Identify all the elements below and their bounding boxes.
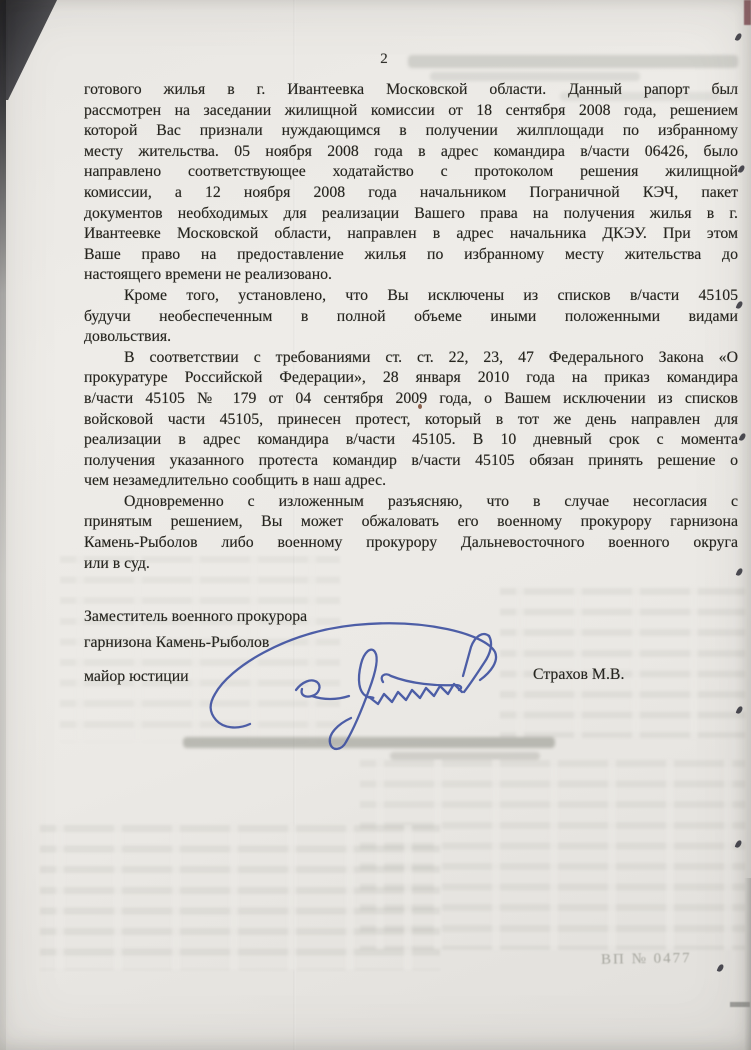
ink-speck bbox=[739, 432, 747, 441]
signer-name: Страхов М.В. bbox=[533, 666, 624, 684]
text-line: готового жилья в г. Ивантеевка Московско… bbox=[84, 80, 738, 101]
text-line: комиссии, а 12 ноября 2008 года начальни… bbox=[84, 183, 738, 204]
text-line: реализации в адрес командира в/части 451… bbox=[84, 430, 738, 451]
ink-speck bbox=[738, 164, 746, 173]
page-right-edge-shadow bbox=[744, 878, 751, 1050]
document-text: готового жилья в г. Ивантеевка Московско… bbox=[84, 80, 738, 574]
scanned-document-page: ВП № 0477 2 готового жилья в г. Ивантеев… bbox=[0, 0, 751, 1050]
ink-speck bbox=[735, 839, 743, 848]
text-line: принятым решением, Вы может обжаловать е… bbox=[84, 512, 738, 533]
text-line: Ивантеевке Московской области, направлен… bbox=[84, 224, 738, 245]
bleed-through-zone bbox=[40, 825, 440, 970]
text-line: направлено соответствующее ходатайство с… bbox=[84, 162, 738, 183]
signer-rank: майор юстиции bbox=[84, 668, 189, 686]
text-line: чем незамедлительно сообщить в наш адрес… bbox=[84, 471, 738, 492]
text-line: Камень-Рыболов либо военному прокурору Д… bbox=[84, 533, 738, 554]
text-line: Ваше право на предоставление жилья по из… bbox=[84, 245, 738, 266]
ink-speck bbox=[735, 32, 743, 41]
text-line: Одновременно с изложенным разъясняю, что… bbox=[84, 492, 738, 513]
text-line: довольствия. bbox=[84, 327, 738, 348]
bleed-through-smudge bbox=[408, 55, 738, 68]
text-line: настоящего времени не реализовано. bbox=[84, 265, 738, 286]
text-line: которой Вас признали нуждающимся в получ… bbox=[84, 121, 738, 142]
text-line: месту жительства. 05 ноября 2008 года в … bbox=[84, 142, 738, 163]
text-line: или в суд. bbox=[84, 554, 738, 575]
signature-ink bbox=[185, 612, 525, 777]
bleed-through-zone bbox=[500, 588, 745, 738]
text-line: документов необходимых для реализации Ва… bbox=[84, 204, 738, 225]
page-left-edge-shadow bbox=[0, 0, 6, 1050]
text-line: В соответствии с требованиями ст. ст. 22… bbox=[84, 348, 738, 369]
text-line: войсковой части 45105, принесен протест,… bbox=[84, 410, 738, 431]
text-line: будучи необеспеченным в полной объеме ин… bbox=[84, 307, 738, 328]
text-line: прокуратуре Российской Федерации», 28 ян… bbox=[84, 368, 738, 389]
scan-mark-top-right bbox=[744, 0, 751, 25]
bleed-through-doc-number: ВП № 0477 bbox=[601, 950, 692, 969]
text-line: рассмотрен на заседании жилищной комисси… bbox=[84, 101, 738, 122]
ink-speck bbox=[736, 705, 744, 714]
text-line: получения указанного протеста командир в… bbox=[84, 451, 738, 472]
text-line: Кроме того, установлено, что Вы исключен… bbox=[84, 286, 738, 307]
scanner-background-corner bbox=[0, 0, 62, 100]
page-number: 2 bbox=[371, 51, 397, 68]
ink-speck bbox=[717, 963, 725, 972]
bleed-through-zone bbox=[360, 760, 745, 950]
scan-mark-bottom-right bbox=[730, 1002, 750, 1007]
text-line: в/части 45105 № 179 от 04 сентября 2009 … bbox=[84, 389, 738, 410]
